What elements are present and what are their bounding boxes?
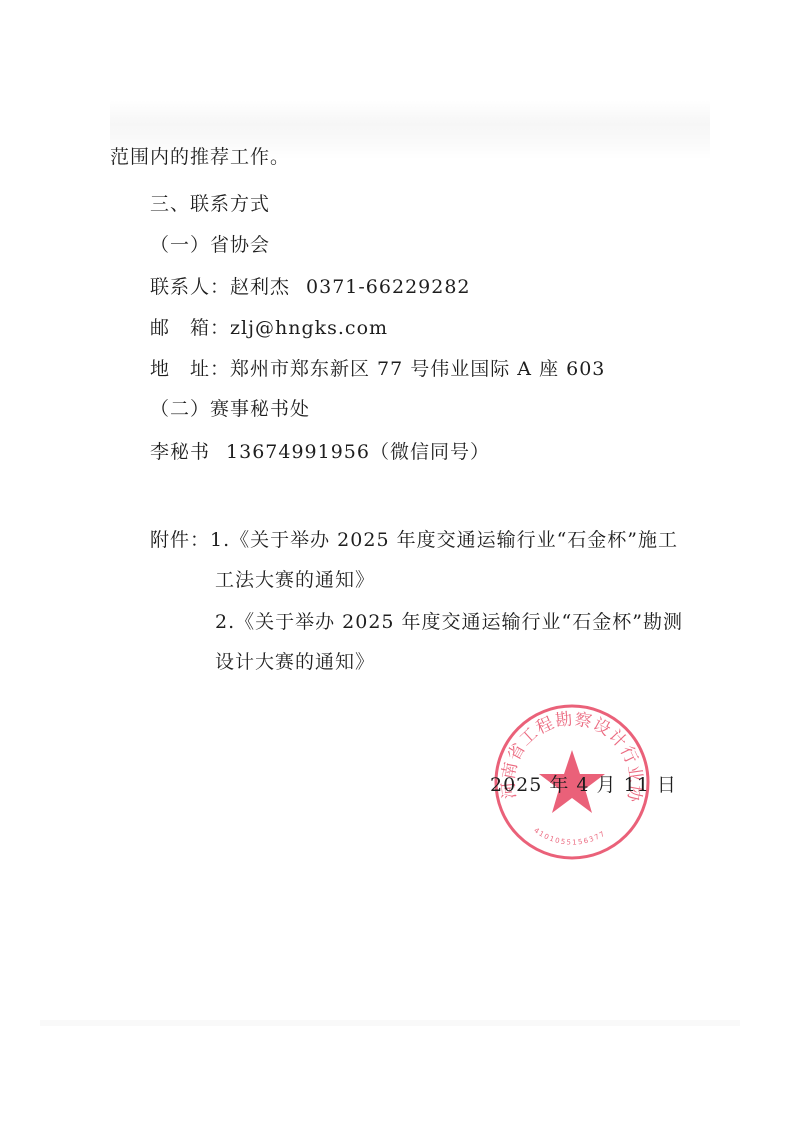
contact-name: 赵利杰 <box>230 276 290 298</box>
subsection-1-title: （一）省协会 <box>150 233 270 257</box>
secretary-line: 李秘书13674991956（微信同号） <box>150 440 490 464</box>
address-line: 地 址：郑州市郑东新区 77 号伟业国际 A 座 603 <box>150 357 605 381</box>
show-through-bleed-bottom <box>40 1020 740 1026</box>
paragraph-tail: 范围内的推荐工作。 <box>110 145 290 169</box>
secretary-name: 李秘书 <box>150 441 210 463</box>
section-title: 三、联系方式 <box>150 192 270 216</box>
contact-line: 联系人：赵利杰0371-66229282 <box>150 275 471 299</box>
attachment-1-line-2: 工法大赛的通知》 <box>215 568 375 592</box>
attachment-1-line-1: 附件：1.《关于举办 2025 年度交通运输行业“石金杯”施工 <box>150 528 678 552</box>
document-date: 2025 年 4 月 11 日 <box>490 773 677 797</box>
subsection-2-title: （二）赛事秘书处 <box>150 397 310 421</box>
svg-text:4101055156377: 4101055156377 <box>532 826 607 846</box>
attachment-2-line-2: 设计大赛的通知》 <box>215 650 375 674</box>
address-label: 地 址： <box>150 358 230 380</box>
contact-phone: 0371-66229282 <box>306 276 470 298</box>
email-address: zlj@hngks.com <box>230 317 388 339</box>
contact-label: 联系人： <box>150 276 230 298</box>
attachments-label: 附件： <box>150 529 210 551</box>
address-value: 郑州市郑东新区 77 号伟业国际 A 座 603 <box>230 358 605 380</box>
email-line: 邮 箱：zlj@hngks.com <box>150 316 388 340</box>
seal-code: 4101055156377 <box>532 826 607 846</box>
secretary-phone: 13674991956（微信同号） <box>226 441 490 463</box>
attachment-1-text: 1.《关于举办 2025 年度交通运输行业“石金杯”施工 <box>210 529 678 551</box>
attachment-2-line-1: 2.《关于举办 2025 年度交通运输行业“石金杯”勘测 <box>215 610 683 634</box>
email-label: 邮 箱： <box>150 317 230 339</box>
